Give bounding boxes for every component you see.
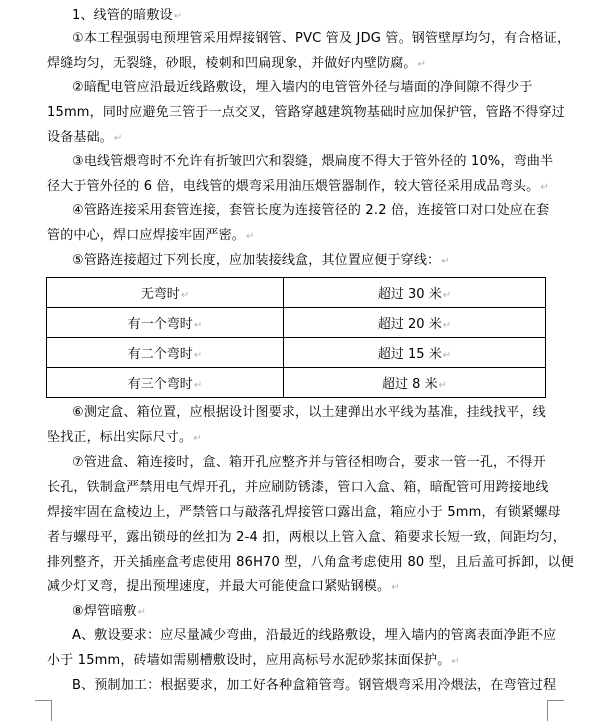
paragraph-line: ⑧焊管暗敷↵ (72, 604, 146, 621)
table-row: 有二个弯时↵ 超过 15 米↵ (47, 338, 546, 368)
table-cell: 有三个弯时↵ (47, 368, 284, 398)
paragraph-line: 者与螺母平，露出锁母的丝扣为 2-4 扣，两根以上管入盒、箱要求长短一致，间距均… (47, 530, 566, 546)
paragraph-line: 坠找正，标出实际尺寸。↵ (47, 430, 202, 447)
paragraph-line: ④管路连接采用套管连接，套管长度为连接管径的 2.2 倍，连接管口对口处应在套 (72, 203, 549, 219)
table-row: 有三个弯时↵ 超过 8 米↵ (47, 368, 546, 398)
paragraph-line: ①本工程强弱电预埋管采用焊接钢管、PVC 管及 JDG 管。钢管壁厚均匀，有合格… (72, 31, 570, 47)
table-cell: 无弯时↵ (47, 278, 284, 308)
page-corner-mark-left (35, 700, 52, 721)
paragraph-line: 管的中心，焊口应焊接牢固严密。↵ (47, 228, 255, 245)
section-heading: 1、线管的暗敷设↵ (72, 8, 182, 25)
table-cell: 有一个弯时↵ (47, 308, 284, 338)
table-cell: 超过 8 米↵ (284, 368, 546, 398)
page-corner-mark-right (547, 700, 564, 721)
table-cell: 有二个弯时↵ (47, 338, 284, 368)
paragraph-line: ⑤管路连接超过下列长度，应加装接线盒，其位置应便于穿线：↵ (72, 253, 450, 270)
paragraph-line: 小于 15mm，砖墙如需剔槽敷设时，应用高标号水泥砂浆抹面保护。↵ (47, 653, 460, 670)
paragraph-line: ②暗配电管应沿最近线路敷设，埋入墙内的电管管外径与墙面的净间隙不得少于 (72, 80, 533, 96)
paragraph-line: 径大于管外径的 6 倍，电线管的煨弯采用油压煨管器制作，较大管径采用成品弯头。↵ (47, 179, 549, 196)
table-row: 有一个弯时↵ 超过 20 米↵ (47, 308, 546, 338)
paragraph-line: ⑦管进盒、箱连接时，盒、箱开孔应整齐并与管径相吻合，要求一管一孔，不得开 (72, 455, 546, 471)
paragraph-line: 15mm，同时应避免三管于一点交叉，管路穿越建筑物基础时应加保护管，管路不得穿过 (47, 105, 565, 121)
table-row: 无弯时↵ 超过 30 米↵ (47, 278, 546, 308)
table-cell: 超过 15 米↵ (284, 338, 546, 368)
paragraph-line: 焊缝均匀，无裂缝，砂眼，棱刺和凹扁现象，并做好内壁防腐。↵ (47, 56, 426, 73)
paragraph-line: B、预制加工：根据要求，加工好各种盒箱管弯。钢管煨弯采用冷煨法，在弯管过程 (72, 678, 556, 694)
paragraph-line: 长孔，铁制盒严禁用电气焊开孔，并应刷防锈漆，管口入盒、箱，暗配管可用跨接地线 (47, 480, 549, 496)
paragraph-line: ⑥测定盒、箱位置，应根据设计图要求，以土建弹出水平线为基准，挂线找平，线 (72, 405, 546, 421)
paragraph-line: 排列整齐，开关插座盒考虑使用 86H70 型，八角盒考虑使用 80 型，且后盖可… (47, 555, 574, 571)
paragraph-line: 焊接牢固在盒棱边上，严禁管口与敲落孔焊接管口露出盒，箱应小于 5mm，有锁紧螺母 (47, 505, 561, 521)
paragraph-line: ③电线管煨弯时不允许有折皱凹穴和裂缝，煨扁度不得大于管外径的 10%，弯曲半 (72, 154, 553, 170)
paragraph-line: 设备基础。↵ (47, 130, 123, 147)
paragraph-line: 减少灯叉弯，提出预埋速度，并最大可能使盒口紧贴钢模。↵ (47, 579, 400, 596)
length-table: 无弯时↵ 超过 30 米↵ 有一个弯时↵ 超过 20 米↵ 有二个弯时↵ 超过 … (46, 277, 546, 398)
table-cell: 超过 20 米↵ (284, 308, 546, 338)
paragraph-line: A、敷设要求：应尽量减少弯曲，沿最近的线路敷设，埋入墙内的管离表面净距不应 (72, 628, 556, 644)
table-cell: 超过 30 米↵ (284, 278, 546, 308)
